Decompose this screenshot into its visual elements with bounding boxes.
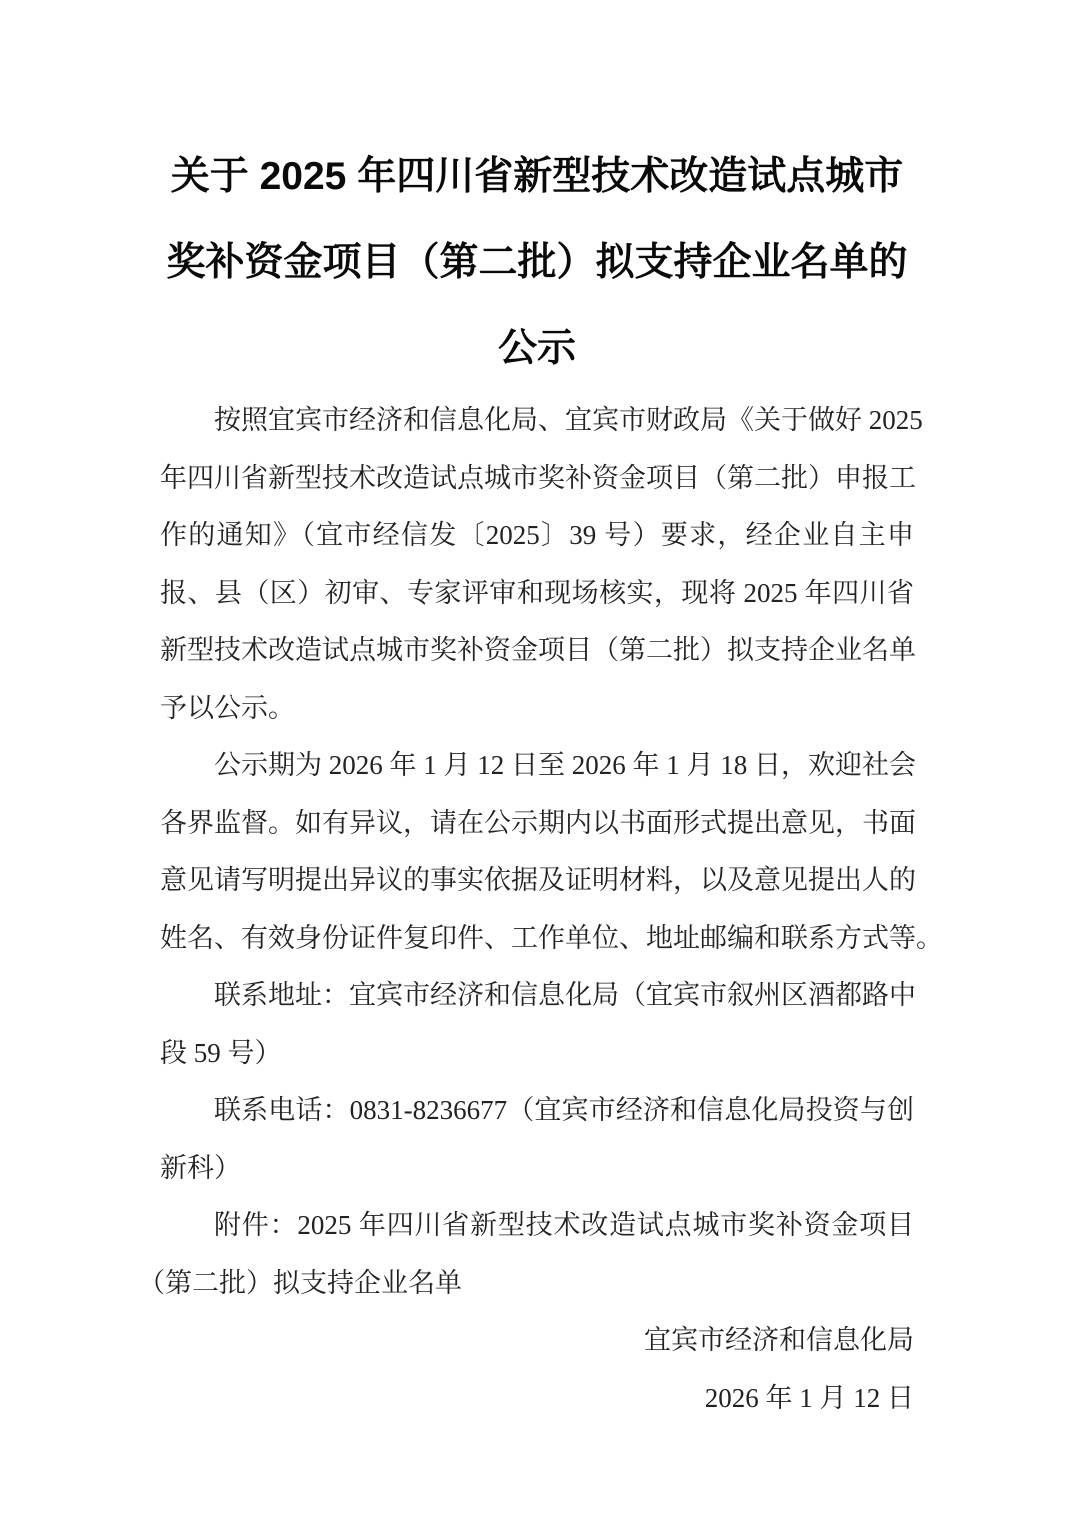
paragraph-4: 联系电话：0831-8236677（宜宾市经济和信息化局投资与创新科） (160, 1082, 914, 1197)
paragraph-5: 附件：2025 年四川省新型技术改造试点城市奖补资金项目（第二批）拟支持企业名单 (160, 1197, 914, 1312)
signature-org: 宜宾市经济和信息化局 (160, 1312, 914, 1370)
document-page: 关于 2025 年四川省新型技术改造试点城市奖补资金项目（第二批）拟支持企业名单… (0, 0, 1074, 1520)
paragraph-1-line-1: 按照宜宾市经济和信息化局、宜宾市财政局《关于做好 2025 (160, 392, 914, 450)
document-body: 按照宜宾市经济和信息化局、宜宾市财政局《关于做好 2025年四川省新型技术改造试… (160, 392, 914, 1312)
paragraph-5-line-2: （第二批）拟支持企业名单 (138, 1255, 914, 1313)
paragraph-1-line-3: 作的通知》（宜市经信发〔2025〕39 号）要求，经企业自主申 (160, 507, 914, 565)
paragraph-2-line-4: 姓名、有效身份证件复印件、工作单位、地址邮编和联系方式等。 (160, 910, 914, 968)
signature-block: 宜宾市经济和信息化局 2026 年 1 月 12 日 (160, 1312, 914, 1427)
paragraph-1-line-4: 报、县（区）初审、专家评审和现场核实，现将 2025 年四川省 (160, 565, 914, 623)
paragraph-1-line-6: 予以公示。 (160, 680, 914, 738)
paragraph-1-line-2: 年四川省新型技术改造试点城市奖补资金项目（第二批）申报工 (160, 450, 914, 508)
title-line-2: 奖补资金项目（第二批）拟支持企业名单的 (160, 220, 914, 306)
document-content: 关于 2025 年四川省新型技术改造试点城市奖补资金项目（第二批）拟支持企业名单… (160, 0, 914, 1427)
paragraph-1: 按照宜宾市经济和信息化局、宜宾市财政局《关于做好 2025年四川省新型技术改造试… (160, 392, 914, 737)
title-line-1: 关于 2025 年四川省新型技术改造试点城市 (160, 134, 914, 220)
paragraph-3-line-1: 联系地址：宜宾市经济和信息化局（宜宾市叙州区酒都路中 (160, 967, 914, 1025)
title-line-3: 公示 (160, 306, 914, 392)
signature-date: 2026 年 1 月 12 日 (160, 1370, 914, 1428)
paragraph-3-line-2: 段 59 号） (160, 1025, 914, 1083)
paragraph-2-line-3: 意见请写明提出异议的事实依据及证明材料，以及意见提出人的 (160, 852, 914, 910)
paragraph-4-line-2: 新科） (160, 1140, 914, 1198)
paragraph-2-line-2: 各界监督。如有异议，请在公示期内以书面形式提出意见，书面 (160, 795, 914, 853)
document-title: 关于 2025 年四川省新型技术改造试点城市奖补资金项目（第二批）拟支持企业名单… (160, 134, 914, 392)
paragraph-2: 公示期为 2026 年 1 月 12 日至 2026 年 1 月 18 日，欢迎… (160, 737, 914, 967)
paragraph-5-line-1: 附件：2025 年四川省新型技术改造试点城市奖补资金项目 (160, 1197, 914, 1255)
paragraph-2-line-1: 公示期为 2026 年 1 月 12 日至 2026 年 1 月 18 日，欢迎… (160, 737, 914, 795)
paragraph-3: 联系地址：宜宾市经济和信息化局（宜宾市叙州区酒都路中段 59 号） (160, 967, 914, 1082)
paragraph-4-line-1: 联系电话：0831-8236677（宜宾市经济和信息化局投资与创 (160, 1082, 914, 1140)
paragraph-1-line-5: 新型技术改造试点城市奖补资金项目（第二批）拟支持企业名单 (160, 622, 914, 680)
